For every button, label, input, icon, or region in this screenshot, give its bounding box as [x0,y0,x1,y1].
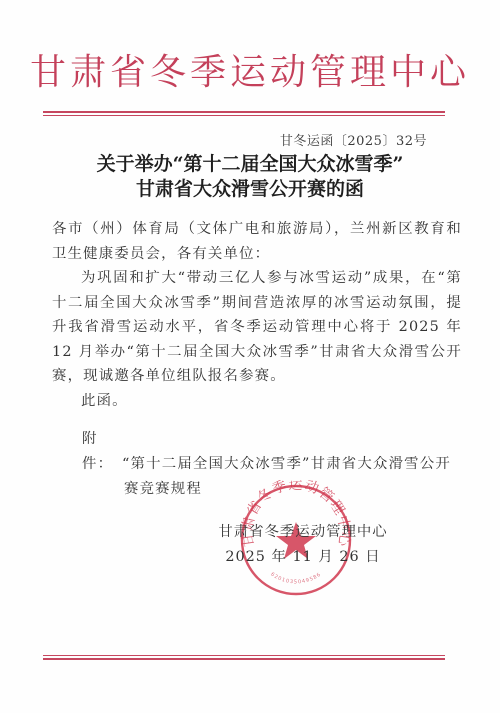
title-line-2: 甘肃省大众滑雪公开赛的函 [0,177,500,202]
letterhead-divider [43,111,445,116]
title-line-1: 关于举办“第十二届全国大众冰雪季” [0,152,500,177]
signature-org: 甘肃省冬季运动管理中心 [218,520,388,545]
salutation: 各市（州）体育局（文体广电和旅游局），兰州新区教育和卫生健康委员会，各有关单位： [52,217,462,266]
letterhead-org-name: 甘肃省冬季运动管理中心 [0,50,500,96]
attachment-title-line-1: “第十二届全国大众冰雪季”甘肃省大众滑雪公开 [122,456,451,472]
svg-text:6201035049586: 6201035049586 [269,571,322,585]
footer-divider [43,655,445,660]
closing-remark: 此函。 [52,389,462,414]
body-paragraph: 为巩固和扩大“带动三亿人参与冰雪运动”成果，在“第十二届全国大众冰雪季”期间营造… [52,266,462,389]
attachment-label: 附件： [82,427,122,477]
document-title: 关于举办“第十二届全国大众冰雪季” 甘肃省大众滑雪公开赛的函 [0,152,500,202]
document-body: 各市（州）体育局（文体广电和旅游局），兰州新区教育和卫生健康委员会，各有关单位：… [52,217,462,413]
document-number: 甘冬运函〔2025〕32号 [280,130,427,149]
signature-block: 甘肃省冬季运动管理中心 2025 年 11 月 26 日 [218,520,388,570]
signature-date: 2025 年 11 月 26 日 [218,545,388,570]
